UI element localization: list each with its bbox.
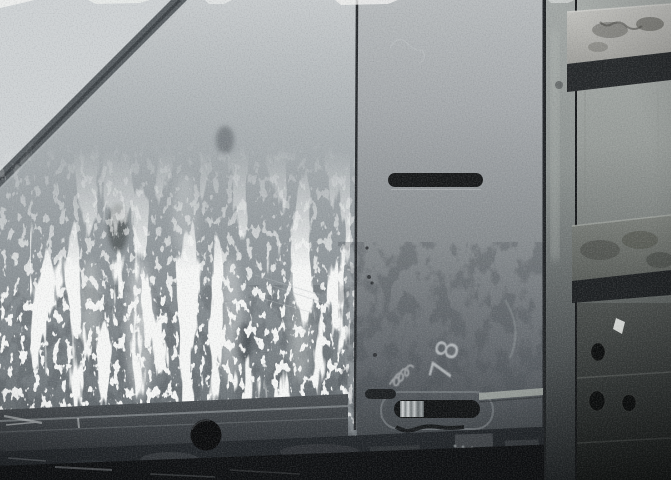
vignette: [0, 0, 671, 480]
photograph: 78: [0, 0, 671, 480]
photo-canvas: 78: [0, 0, 671, 480]
